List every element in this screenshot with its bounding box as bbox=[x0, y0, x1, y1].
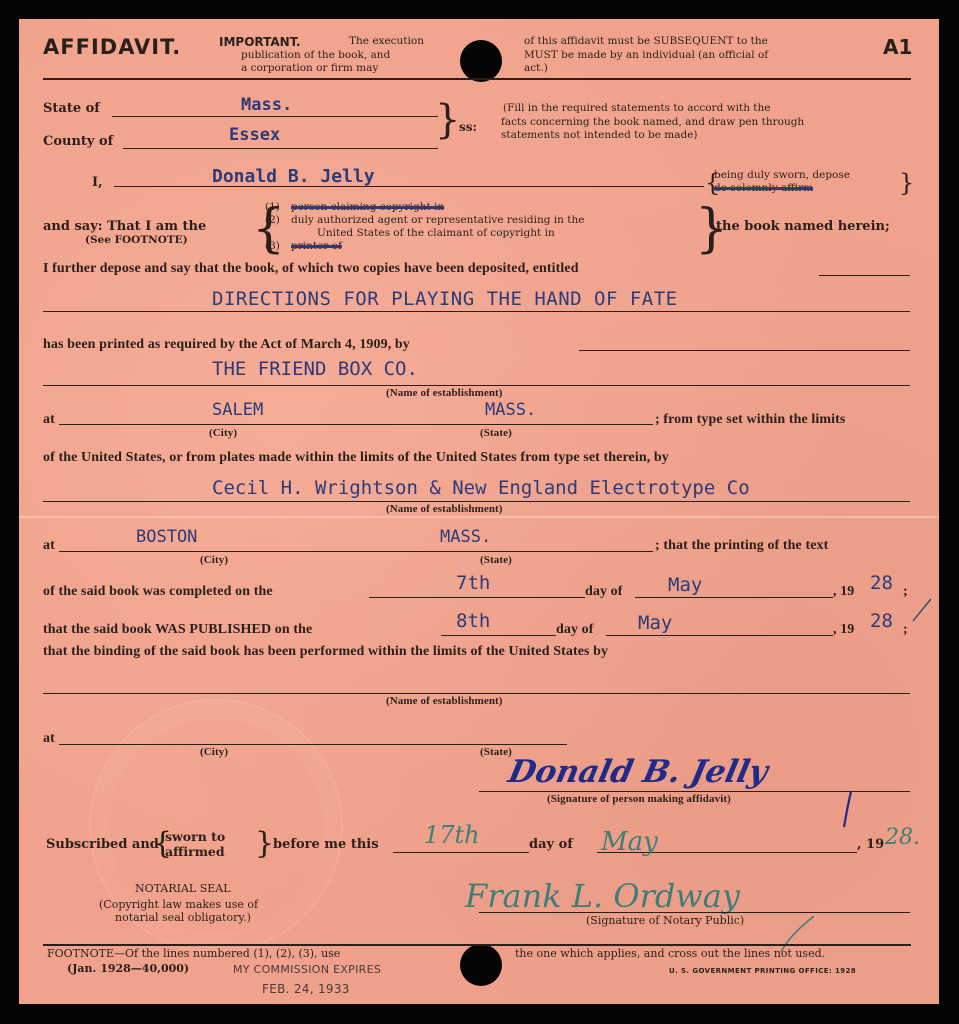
jurat-option-sworn: sworn to bbox=[165, 829, 225, 844]
commission-stamp: MY COMMISSION EXPIRES bbox=[233, 963, 381, 976]
important-left-3: a corporation or firm may bbox=[241, 62, 378, 74]
capacity-option-2: duly authorized agent or representative … bbox=[291, 214, 584, 226]
form-code: A1 bbox=[883, 35, 912, 59]
footnote-ref: (See FOOTNOTE) bbox=[85, 234, 188, 246]
binding-state-caption: (State) bbox=[480, 746, 512, 758]
published-year: 28 bbox=[870, 610, 893, 632]
notary-signature: Frank L. Ordway bbox=[465, 877, 740, 915]
printer-state-caption: (State) bbox=[480, 427, 512, 439]
important-right-3: act.) bbox=[524, 62, 548, 74]
published-day-line bbox=[441, 635, 556, 636]
important-right-1: of this affidavit must be SUBSEQUENT to … bbox=[524, 35, 768, 47]
published-year-prefix: , 19 bbox=[833, 622, 854, 638]
capacity-num-1: (1) bbox=[265, 201, 280, 213]
instructions-2: facts concerning the book named, and dra… bbox=[501, 116, 804, 128]
jurat-brace-close: } bbox=[255, 826, 274, 861]
binding-city-caption: (City) bbox=[200, 746, 228, 758]
plates-intro: of the United States, or from plates mad… bbox=[43, 450, 669, 466]
deponent-line bbox=[114, 186, 704, 187]
oath-option-sworn: being duly sworn, depose bbox=[714, 169, 850, 181]
state-value: Mass. bbox=[241, 95, 292, 115]
jurat-year: 28. bbox=[885, 825, 920, 850]
published-day: 8th bbox=[456, 610, 490, 632]
published-emphasis: WAS PUBLISHED bbox=[155, 622, 271, 637]
affiant-signature: Donald B. Jelly bbox=[505, 754, 771, 790]
book-intro: I further depose and say that the book, … bbox=[43, 261, 579, 277]
instructions-3: statements not intended to be made) bbox=[501, 129, 698, 141]
jurat-prefix: Subscribed and bbox=[46, 837, 159, 852]
deponent-name: Donald B. Jelly bbox=[212, 166, 375, 187]
printer-at: at bbox=[43, 412, 55, 428]
completed-day-line bbox=[369, 597, 585, 598]
print-run: (Jan. 1928—40,000) bbox=[67, 962, 189, 975]
jurat-day: 17th bbox=[424, 821, 480, 849]
plates-city-caption: (City) bbox=[200, 554, 228, 566]
ss-label: ss: bbox=[459, 120, 477, 134]
plates-name-line bbox=[43, 501, 910, 502]
state-label: State of bbox=[43, 101, 100, 116]
completed-year: 28 bbox=[870, 572, 893, 594]
header-rule bbox=[43, 78, 911, 80]
printer-name-line bbox=[43, 385, 910, 386]
completed-month: May bbox=[668, 574, 702, 596]
county-value: Essex bbox=[229, 125, 280, 145]
completed-month-line bbox=[635, 597, 833, 598]
notarial-seal-note-2: notarial seal obligatory.) bbox=[115, 911, 251, 924]
jurat-day-line bbox=[393, 852, 529, 853]
oath-option-affirm: do solemnly affirm bbox=[714, 182, 813, 194]
capacity-num-2: (2) bbox=[265, 214, 280, 226]
affiant-signature-caption: (Signature of person making affidavit) bbox=[547, 793, 731, 805]
important-right-2: MUST be made by an individual (an offici… bbox=[524, 49, 768, 61]
capacity-num-3: (3) bbox=[265, 240, 280, 252]
county-line bbox=[123, 148, 438, 149]
state-line bbox=[112, 116, 438, 117]
capacity-option-3: printer of bbox=[291, 240, 342, 252]
printer-location-line bbox=[59, 424, 653, 425]
venue-brace: } bbox=[435, 97, 460, 143]
affidavit-form: AFFIDAVIT. IMPORTANT. The execution publ… bbox=[19, 19, 939, 1004]
notarial-seal-title: NOTARIAL SEAL bbox=[135, 882, 231, 895]
binding-name-line bbox=[43, 693, 910, 694]
completed-prefix: of the said book was completed on the bbox=[43, 584, 273, 600]
published-day-of: day of bbox=[556, 622, 594, 638]
plates-suffix: ; that the printing of the text bbox=[655, 538, 828, 554]
plates-name-caption: (Name of establishment) bbox=[386, 503, 503, 515]
signature-tail-stroke bbox=[841, 789, 855, 829]
printer-name-caption: (Name of establishment) bbox=[386, 387, 503, 399]
published-prefix-1: that the said book WAS PUBLISHED on the bbox=[43, 622, 312, 638]
binding-at: at bbox=[43, 731, 55, 747]
book-title: DIRECTIONS FOR PLAYING THE HAND OF FATE bbox=[212, 288, 678, 310]
jurat-option-affirmed: affirmed bbox=[165, 844, 225, 859]
published-prefix-text: that the said book bbox=[43, 622, 155, 637]
form-title: AFFIDAVIT. bbox=[43, 35, 181, 59]
printer-suffix: ; from type set within the limits bbox=[655, 412, 845, 428]
completed-semicolon: ; bbox=[903, 584, 908, 600]
completed-day: 7th bbox=[456, 572, 490, 594]
important-left-1: The execution bbox=[349, 35, 424, 47]
binding-name-caption: (Name of establishment) bbox=[386, 695, 503, 707]
jurat-before: before me this bbox=[273, 837, 379, 852]
fold-crease bbox=[19, 516, 939, 518]
check-mark-icon bbox=[911, 597, 933, 623]
plates-state-caption: (State) bbox=[480, 554, 512, 566]
published-semicolon: ; bbox=[903, 622, 908, 638]
important-label: IMPORTANT. bbox=[219, 35, 301, 49]
capacity-suffix: the book named herein; bbox=[716, 219, 890, 234]
printer-city-caption: (City) bbox=[209, 427, 237, 439]
county-label: County of bbox=[43, 134, 113, 149]
completed-year-prefix: , 19 bbox=[833, 584, 854, 600]
book-title-line bbox=[43, 311, 910, 312]
published-prefix-text-2: on the bbox=[271, 622, 312, 637]
footnote-right: the one which applies, and cross out the… bbox=[515, 947, 825, 960]
punch-hole-top bbox=[460, 40, 502, 82]
binding-location-line bbox=[59, 744, 567, 745]
published-month-line bbox=[606, 635, 833, 636]
capacity-option-2b: United States of the claimant of copyrig… bbox=[317, 227, 555, 239]
plates-at: at bbox=[43, 538, 55, 554]
commission-date: FEB. 24, 1933 bbox=[262, 982, 350, 996]
published-month: May bbox=[638, 612, 672, 634]
instructions-1: (Fill in the required statements to acco… bbox=[503, 102, 771, 114]
important-left-2: publication of the book, and bbox=[241, 49, 390, 61]
capacity-option-1: person claiming copyright in bbox=[291, 201, 444, 213]
oath-brace-close: } bbox=[899, 169, 914, 197]
plates-name: Cecil H. Wrightson & New England Electro… bbox=[212, 477, 750, 499]
printer-intro: has been printed as required by the Act … bbox=[43, 337, 410, 353]
gpo-imprint: U. S. GOVERNMENT PRINTING OFFICE: 1928 bbox=[669, 967, 856, 975]
jurat-day-of: day of bbox=[529, 837, 573, 852]
jurat-year-prefix: , 19 bbox=[857, 837, 884, 852]
printer-state: MASS. bbox=[485, 400, 536, 420]
binding-intro: that the binding of the said book has be… bbox=[43, 644, 608, 660]
notary-signature-line bbox=[479, 912, 910, 913]
printer-city: SALEM bbox=[212, 400, 263, 420]
printer-name: THE FRIEND BOX CO. bbox=[212, 358, 418, 380]
book-intro-line bbox=[819, 275, 910, 276]
deponent-prefix: I, bbox=[92, 175, 103, 190]
footnote-left: FOOTNOTE—Of the lines numbered (1), (2),… bbox=[47, 947, 340, 960]
punch-hole-bottom bbox=[460, 944, 502, 986]
printer-intro-line bbox=[579, 350, 910, 351]
notarial-seal-note-1: (Copyright law makes use of bbox=[99, 898, 258, 911]
plates-city: BOSTON bbox=[136, 527, 197, 547]
notary-signature-caption: (Signature of Notary Public) bbox=[586, 914, 744, 927]
plates-state: MASS. bbox=[440, 527, 491, 547]
plates-location-line bbox=[59, 551, 653, 552]
jurat-month: May bbox=[601, 827, 658, 857]
completed-day-of: day of bbox=[585, 584, 623, 600]
capacity-label: and say: That I am the bbox=[43, 219, 206, 234]
footer-rule bbox=[43, 944, 911, 946]
